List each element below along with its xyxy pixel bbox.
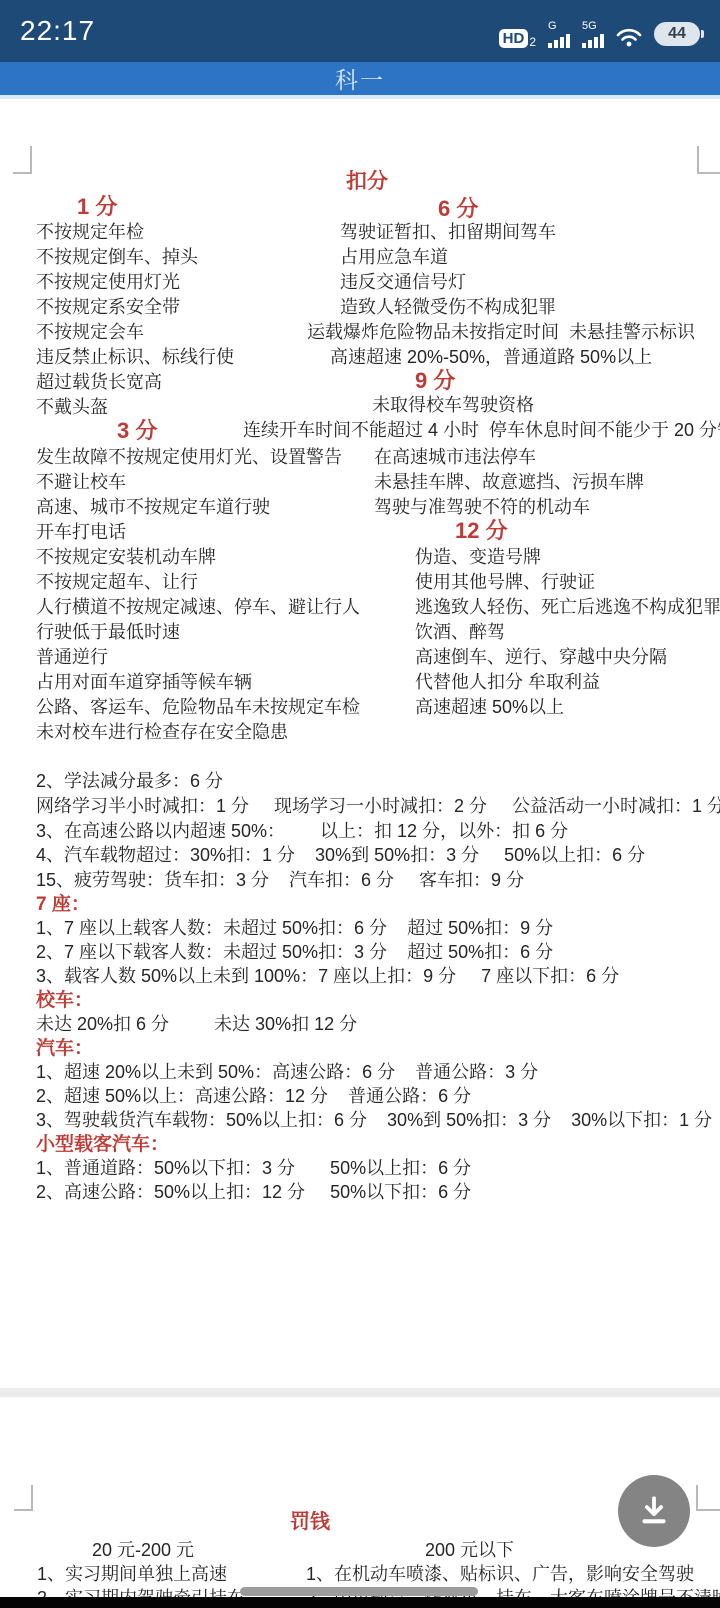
doc-line: 运载爆炸危险物品未按指定时间 未悬挂警示标识 bbox=[307, 322, 695, 343]
doc-line: 2、超速 50%以上：高速公路：12 分 普通公路：6 分 bbox=[36, 1086, 471, 1107]
doc-line: 1、普通道路：50%以下扣：3 分 50%以上扣：6 分 bbox=[36, 1158, 471, 1179]
doc-line: 不按规定安装机动车牌 bbox=[36, 547, 216, 568]
doc-line: 普通逆行 bbox=[36, 647, 108, 668]
doc-line: 高速超速 50%以上 bbox=[415, 697, 564, 718]
heading-qiche: 汽车： bbox=[36, 1038, 93, 1060]
doc-line: 1、实习期间单独上高速 bbox=[37, 1564, 227, 1585]
doc-line: 驾驶证暂扣、扣留期间驾车 bbox=[340, 222, 556, 243]
doc-line: 逃逸致人轻伤、死亡后逃逸不构成犯罪 bbox=[415, 597, 720, 618]
doc-line: 违反禁止标识、标线行使 bbox=[36, 347, 234, 368]
heading-12fen: 12 分 bbox=[455, 518, 508, 543]
scroll-indicator-bar bbox=[240, 1587, 478, 1596]
status-bar: 22:17 HD 2 G 5G bbox=[0, 0, 720, 62]
download-icon bbox=[635, 1492, 673, 1530]
doc-line: 发生故障不按规定使用灯光、设置警告 bbox=[36, 447, 342, 468]
doc-line: 连续开车时间不能超过 4 小时 停车休息时间不能少于 20 分钟 bbox=[243, 420, 720, 441]
doc-line: 占用应急车道 bbox=[340, 247, 448, 268]
doc-line: 未达 20%扣 6 分 未达 30%扣 12 分 bbox=[36, 1014, 357, 1035]
doc-line: 不戴头盔 bbox=[36, 397, 108, 418]
doc-line: 未取得校车驾驶资格 bbox=[372, 395, 534, 416]
page-break-separator bbox=[0, 1388, 720, 1397]
heading-xiaoche: 校车： bbox=[36, 990, 93, 1012]
doc-line: 未悬挂车牌、故意遮挡、污损车牌 bbox=[374, 472, 644, 493]
doc-line: 不按规定使用灯光 bbox=[36, 272, 180, 293]
page-title: 科一 bbox=[335, 62, 385, 95]
signal-bars-icon bbox=[582, 33, 604, 48]
doc-line: 不按规定会车 bbox=[36, 322, 144, 343]
doc-line: 3、驾驶载货汽车载物：50%以上扣：6 分 30%到 50%扣：3 分 30%以… bbox=[36, 1110, 712, 1131]
doc-line: 造致人轻微受伤不构成犯罪 bbox=[340, 297, 556, 318]
signal-5g-icon: 5G bbox=[582, 21, 604, 48]
heading-9fen: 9 分 bbox=[415, 368, 455, 393]
heading-1fen: 1 分 bbox=[77, 194, 117, 219]
doc-line: 15、疲劳驾驶：货车扣：3 分 汽车扣：6 分 客车扣：9 分 bbox=[36, 870, 524, 891]
doc-line: 使用其他号牌、行驶证 bbox=[415, 572, 595, 593]
doc-line: 不按规定倒车、掉头 bbox=[36, 247, 198, 268]
heading-xiaoxing: 小型载客汽车： bbox=[36, 1134, 169, 1156]
heading-3fen: 3 分 bbox=[117, 418, 157, 443]
doc-line: 违反交通信号灯 bbox=[340, 272, 466, 293]
doc-line: 高速超速 20%-50%，普通道路 50%以上 bbox=[330, 347, 652, 368]
bottom-system-bar bbox=[0, 1597, 720, 1608]
heading-faqian: 罚钱 bbox=[290, 1511, 330, 1534]
doc-line: 1、7 座以上载客人数：未超过 50%扣：6 分 超过 50%扣：9 分 bbox=[36, 918, 553, 939]
doc-line: 饮酒、醉驾 bbox=[415, 622, 505, 643]
doc-line: 人行横道不按规定减速、停车、避让行人 bbox=[36, 597, 360, 618]
doc-line: 1、超速 20%以上未到 50%：高速公路：6 分 普通公路：3 分 bbox=[36, 1062, 538, 1083]
doc-line: 公路、客运车、危险物品车未按规定车检 bbox=[36, 697, 360, 718]
signal-g-icon: G bbox=[548, 21, 570, 48]
doc-line: 代替他人扣分 牟取利益 bbox=[415, 672, 600, 693]
signal-bars-icon bbox=[548, 33, 570, 48]
doc-line: 不按规定系安全带 bbox=[36, 297, 180, 318]
doc-line: 伪造、变造号牌 bbox=[415, 547, 541, 568]
heading-koufen: 扣分 bbox=[346, 170, 388, 194]
doc-line: 在高速城市违法停车 bbox=[374, 447, 536, 468]
doc-line: 4、汽车载物超过：30%扣：1 分 30%到 50%扣：3 分 50%以上扣：6… bbox=[36, 845, 645, 866]
doc-line: 200 元以下 bbox=[425, 1540, 514, 1561]
heading-7zuo: 7 座： bbox=[36, 894, 90, 916]
doc-line: 未对校车进行检查存在安全隐患 bbox=[36, 722, 288, 743]
doc-line: 3、在高速公路以内超速 50%： 以上：扣 12 分，以外：扣 6 分 bbox=[36, 821, 568, 842]
doc-line: 不避让校车 bbox=[36, 472, 126, 493]
document-scroll-area[interactable]: 扣分1 分6 分不按规定年检不按规定倒车、掉头不按规定使用灯光不按规定系安全带不… bbox=[0, 99, 720, 1598]
doc-line: 不按规定超车、让行 bbox=[36, 572, 198, 593]
clock: 22:17 bbox=[20, 15, 95, 47]
doc-line: 20 元-200 元 bbox=[92, 1540, 194, 1561]
doc-line: 1、在机动车喷漆、贴标识、广告，影响安全驾驶 bbox=[306, 1564, 694, 1585]
doc-line: 驾驶与准驾驶不符的机动车 bbox=[374, 497, 590, 518]
heading-6fen: 6 分 bbox=[438, 196, 478, 221]
hd-volte-icon: HD 2 bbox=[499, 29, 536, 48]
battery-icon: 44 bbox=[654, 22, 700, 46]
doc-line: 不按规定年检 bbox=[36, 222, 144, 243]
app-title-bar: 科一 bbox=[0, 62, 720, 95]
status-icons: HD 2 G 5G bbox=[499, 14, 700, 48]
doc-line: 高速、城市不按规定车道行驶 bbox=[36, 497, 270, 518]
doc-line: 2、学法减分最多：6 分 bbox=[36, 771, 223, 792]
doc-line: 2、7 座以下载客人数：未超过 50%扣：3 分 超过 50%扣：6 分 bbox=[36, 942, 553, 963]
phone-screen: 22:17 HD 2 G 5G bbox=[0, 0, 720, 1608]
doc-line: 高速倒车、逆行、穿越中央分隔 bbox=[415, 647, 667, 668]
doc-line: 3、载客人数 50%以上未到 100%：7 座以上扣：9 分 7 座以下扣：6 … bbox=[36, 966, 619, 987]
doc-line: 行驶低于最低时速 bbox=[36, 622, 180, 643]
doc-line: 网络学习半小时减扣：1 分 现场学习一小时减扣：2 分 公益活动一小时减扣：1 … bbox=[36, 796, 720, 817]
doc-line: 超过载货长宽高 bbox=[36, 372, 162, 393]
wifi-icon bbox=[616, 26, 642, 48]
doc-line: 2、高速公路：50%以上扣：12 分 50%以下扣：6 分 bbox=[36, 1182, 471, 1203]
doc-line: 开车打电话 bbox=[36, 522, 126, 543]
doc-line: 占用对面车道穿插等候车辆 bbox=[36, 672, 252, 693]
download-button[interactable] bbox=[618, 1475, 690, 1547]
